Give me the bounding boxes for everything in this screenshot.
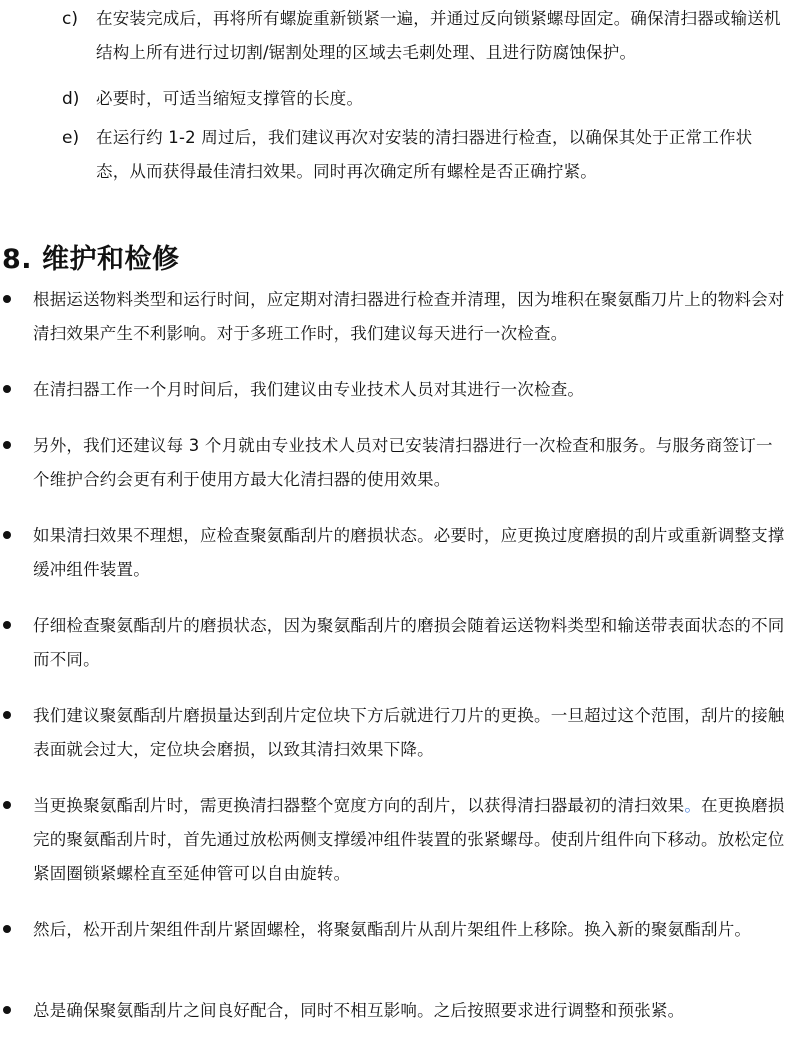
sub-item-c: c) 在安装完成后，再将所有螺旋重新锁紧一遍，并通过反向锁紧螺母固定。确保清扫器…	[62, 2, 782, 70]
bullet-text-part: 当更换聚氨酯刮片时，需更换清扫器整个宽度方向的刮片，以获得清扫器最初的清扫效果	[33, 796, 684, 815]
bullet-icon	[3, 441, 11, 449]
sub-item-label: c)	[62, 2, 92, 36]
sub-item-d: d) 必要时，可适当缩短支撑管的长度。	[62, 82, 782, 116]
bullet-icon	[3, 1006, 11, 1014]
sub-item-text: 在安装完成后，再将所有螺旋重新锁紧一遍，并通过反向锁紧螺母固定。确保清扫器或输送…	[96, 2, 782, 70]
bullet-item: 在清扫器工作一个月时间后，我们建议由专业技术人员对其进行一次检查。	[0, 373, 786, 407]
bullet-text: 如果清扫效果不理想，应检查聚氨酯刮片的磨损状态。必要时，应更换过度磨损的刮片或重…	[33, 519, 786, 587]
sub-item-text: 必要时，可适当缩短支撑管的长度。	[96, 82, 782, 116]
bullet-item: 我们建议聚氨酯刮片磨损量达到刮片定位块下方后就进行刀片的更换。一旦超过这个范围，…	[0, 699, 786, 767]
bullet-icon	[3, 531, 11, 539]
highlight-mark: 。	[684, 796, 701, 815]
bullet-text: 然后，松开刮片架组件刮片紧固螺栓，将聚氨酯刮片从刮片架组件上移除。换入新的聚氨酯…	[33, 913, 786, 947]
document-page: c) 在安装完成后，再将所有螺旋重新锁紧一遍，并通过反向锁紧螺母固定。确保清扫器…	[0, 0, 790, 1038]
sub-item-label: d)	[62, 82, 92, 116]
bullet-text: 当更换聚氨酯刮片时，需更换清扫器整个宽度方向的刮片，以获得清扫器最初的清扫效果。…	[33, 789, 786, 891]
bullet-text: 根据运送物料类型和运行时间，应定期对清扫器进行检查并清理，因为堆积在聚氨酯刀片上…	[33, 283, 786, 351]
sub-item-label: e)	[62, 121, 92, 155]
bullet-text: 我们建议聚氨酯刮片磨损量达到刮片定位块下方后就进行刀片的更换。一旦超过这个范围，…	[33, 699, 786, 767]
sub-item-text: 在运行约 1-2 周过后，我们建议再次对安装的清扫器进行检查，以确保其处于正常工…	[96, 121, 782, 189]
bullet-text: 总是确保聚氨酯刮片之间良好配合，同时不相互影响。之后按照要求进行调整和预张紧。	[33, 994, 786, 1028]
bullet-icon	[3, 711, 11, 719]
bullet-item: 当更换聚氨酯刮片时，需更换清扫器整个宽度方向的刮片，以获得清扫器最初的清扫效果。…	[0, 789, 786, 891]
bullet-text: 仔细检查聚氨酯刮片的磨损状态，因为聚氨酯刮片的磨损会随着运送物料类型和输送带表面…	[33, 609, 786, 677]
bullet-item: 然后，松开刮片架组件刮片紧固螺栓，将聚氨酯刮片从刮片架组件上移除。换入新的聚氨酯…	[0, 913, 786, 947]
bullet-icon	[3, 385, 11, 393]
section-heading: 8. 维护和检修	[2, 240, 179, 280]
bullet-text: 在清扫器工作一个月时间后，我们建议由专业技术人员对其进行一次检查。	[33, 373, 786, 407]
bullet-item: 根据运送物料类型和运行时间，应定期对清扫器进行检查并清理，因为堆积在聚氨酯刀片上…	[0, 283, 786, 351]
bullet-text: 另外，我们还建议每 3 个月就由专业技术人员对已安装清扫器进行一次检查和服务。与…	[33, 429, 786, 497]
bullet-item: 另外，我们还建议每 3 个月就由专业技术人员对已安装清扫器进行一次检查和服务。与…	[0, 429, 786, 497]
sub-item-e: e) 在运行约 1-2 周过后，我们建议再次对安装的清扫器进行检查，以确保其处于…	[62, 121, 782, 189]
bullet-item: 总是确保聚氨酯刮片之间良好配合，同时不相互影响。之后按照要求进行调整和预张紧。	[0, 994, 786, 1028]
bullet-icon	[3, 801, 11, 809]
bullet-item: 如果清扫效果不理想，应检查聚氨酯刮片的磨损状态。必要时，应更换过度磨损的刮片或重…	[0, 519, 786, 587]
bullet-icon	[3, 925, 11, 933]
bullet-icon	[3, 621, 11, 629]
bullet-icon	[3, 295, 11, 303]
bullet-item: 仔细检查聚氨酯刮片的磨损状态，因为聚氨酯刮片的磨损会随着运送物料类型和输送带表面…	[0, 609, 786, 677]
